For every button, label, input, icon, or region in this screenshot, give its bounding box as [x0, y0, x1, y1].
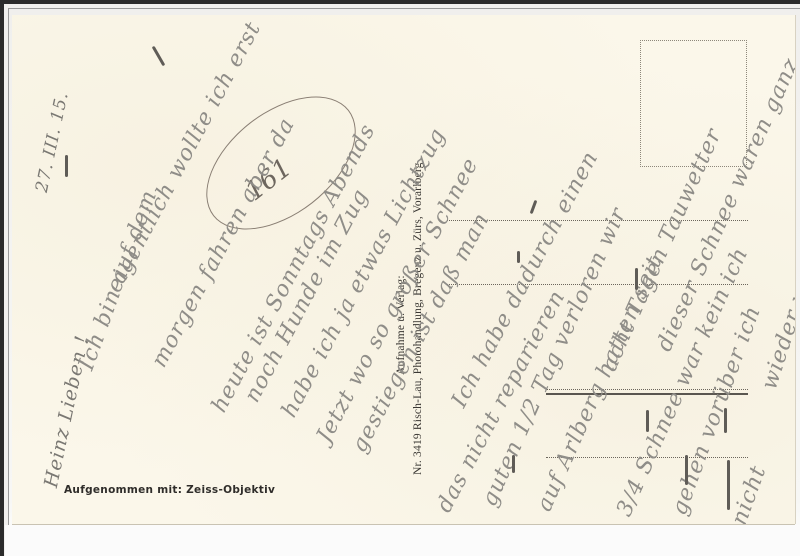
- pen-stroke: [512, 455, 515, 473]
- pen-stroke: [724, 408, 727, 433]
- pen-stroke: [65, 155, 68, 177]
- pen-stroke: [646, 410, 649, 432]
- scan-bottom-margin: [5, 525, 800, 556]
- pen-stroke: [685, 455, 688, 485]
- pen-stroke: [635, 268, 638, 290]
- postcard: Aufnahme u. Verlag: Nr. 3419 Risch-Lau, …: [12, 15, 795, 524]
- lens-credit: Aufgenommen mit: Zeiss-Objektiv: [64, 484, 275, 496]
- pen-stroke: [517, 251, 520, 263]
- pen-stroke: [727, 460, 730, 510]
